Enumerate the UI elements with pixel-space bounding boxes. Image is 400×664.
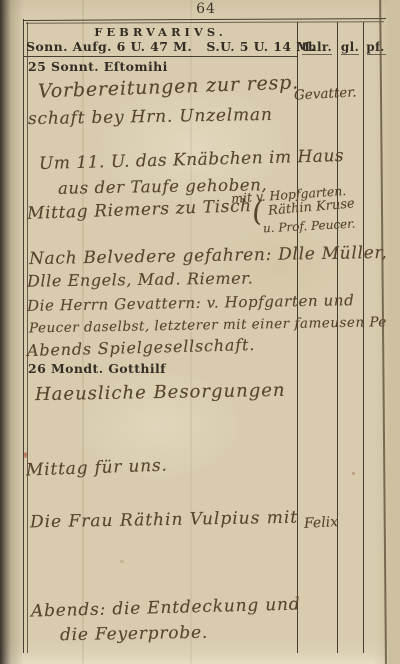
- entry-line: Abends Spielgesellschaft.: [27, 335, 256, 360]
- entry-line: Felix: [304, 514, 339, 532]
- column-line-gl: [337, 22, 338, 653]
- thlr-underline: [302, 54, 332, 55]
- entry-line: Mittag für uns.: [26, 456, 168, 481]
- top-rule-inner: [26, 21, 384, 24]
- column-line-thlr: [297, 22, 298, 653]
- gl-underline: [341, 54, 359, 55]
- table-left-border-outer: [23, 19, 24, 653]
- entry-line: Die Herrn Gevattern: v. Hopfgarten und: [27, 291, 355, 315]
- paper-speck: [120, 560, 124, 563]
- entry-line: Gevatter.: [294, 84, 357, 103]
- day-heading-26: 26 Mondt. Gotthilf: [28, 361, 166, 376]
- almanac-page: 64 FEBRVARIVS. Sonn. Aufg. 6 U. 47 M. S.…: [0, 0, 400, 664]
- entry-line: Mittag Riemers zu Tisch: [27, 196, 252, 224]
- entry-line: Peucer daselbst, letzterer mit einer fam…: [29, 314, 400, 337]
- entry-line: u. Prof. Peucer.: [263, 217, 356, 236]
- column-header-thaler: thlr.: [297, 40, 337, 54]
- entry-line: Haeusliche Besorgungen: [35, 380, 286, 405]
- page-edge: [388, 0, 400, 664]
- header-bottom-rule: [24, 56, 297, 57]
- entry-line: Dlle Engels, Mad. Riemer.: [27, 268, 254, 290]
- page-edge-line: [379, 0, 387, 664]
- entry-line: Die Frau Räthin Vulpius mit: [30, 508, 299, 533]
- entry-line: Abends: die Entdeckung und: [31, 594, 301, 621]
- sun-times: Sonn. Aufg. 6 U. 47 M. S.U. 5 U. 14 M.: [26, 39, 297, 54]
- entry-line: die Feyerprobe.: [60, 623, 208, 646]
- column-header-groschen: gl.: [337, 40, 363, 54]
- paper-speck: [352, 472, 355, 475]
- entry-line: Vorbereitungen zur resp.: [38, 71, 300, 102]
- pf-underline: [367, 54, 386, 55]
- month-title: FEBRVARIVS.: [24, 25, 297, 39]
- column-line-pf: [363, 22, 364, 653]
- day-heading-25: 25 Sonnt. Eſtomihi: [28, 59, 168, 74]
- entry-line: Nach Belvedere gefahren: Dlle Müller,: [29, 243, 388, 269]
- page-number: 64: [24, 1, 388, 17]
- entry-line: schaft bey Hrn. Unzelman: [28, 105, 273, 129]
- column-header-pfennig: pf.: [363, 40, 388, 54]
- entry-line: Um 11. U. das Knäbchen im Haus: [39, 146, 345, 174]
